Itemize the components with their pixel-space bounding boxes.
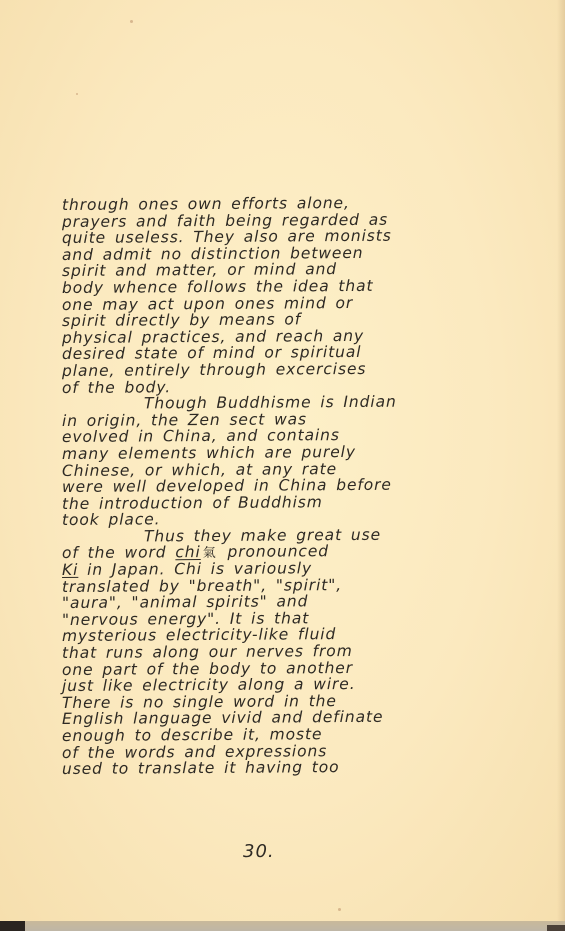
text-line: used to translate it having too (62, 758, 502, 778)
handwritten-text-block: through ones own efforts alone, prayers … (62, 197, 502, 778)
underlined-term-ki: Ki (62, 561, 78, 579)
page-edge-shadow (557, 0, 565, 922)
scan-corner-shadow-left (0, 921, 25, 931)
book-page: through ones own efforts alone, prayers … (0, 0, 565, 922)
scan-bottom-edge (0, 921, 565, 931)
paper-speck (76, 93, 78, 95)
paper-speck (338, 908, 341, 911)
underlined-term-chi: chi (175, 544, 200, 562)
page-number: 30. (243, 841, 275, 862)
paper-speck (130, 20, 133, 23)
scan-corner-shadow-right (547, 925, 565, 931)
